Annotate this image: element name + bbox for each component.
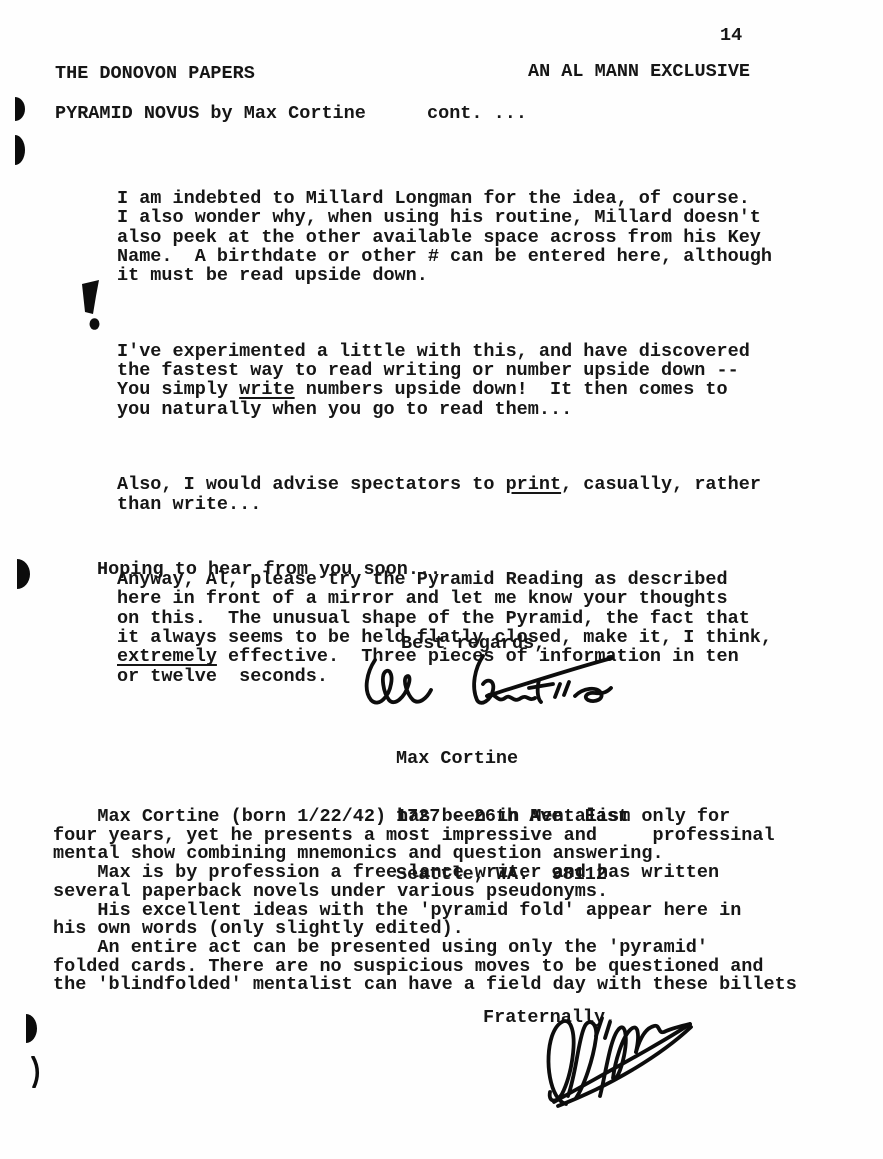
ink-sliver-mark: [30, 1056, 42, 1088]
max-cortine-signature-icon: [355, 650, 620, 714]
al-mann-signature-icon: [450, 1012, 700, 1112]
ink-blob-mark-2: [15, 135, 25, 165]
letter-closing-line: Hoping to hear from you soon...: [97, 560, 441, 579]
ink-blob-mark-4: [26, 1014, 37, 1043]
header-left-title: THE DONOVON PAPERS: [55, 64, 255, 83]
scanned-letter-page: { "page": { "number": "14", "header_left…: [0, 0, 883, 1159]
article-title-continued: cont. ...: [427, 104, 527, 123]
article-title: PYRAMID NOVUS by Max Cortine: [55, 104, 366, 123]
header-right-title: AN AL MANN EXCLUSIVE: [528, 62, 750, 81]
letter-paragraph-1: I am indebted to Millard Longman for the…: [117, 189, 772, 286]
page-number: 14: [720, 26, 742, 45]
ink-blob-mark-3: [17, 559, 30, 589]
letter-paragraph-3: Also, I would advise spectators to print…: [117, 475, 772, 514]
signer-name: Max Cortine: [396, 749, 629, 768]
letter-paragraph-2: I've experimented a little with this, an…: [117, 342, 772, 420]
bio-block: Max Cortine (born 1/22/42) has been in M…: [53, 808, 797, 995]
handwritten-exclamation-icon: [81, 280, 105, 334]
ink-blob-mark-1: [15, 97, 25, 121]
